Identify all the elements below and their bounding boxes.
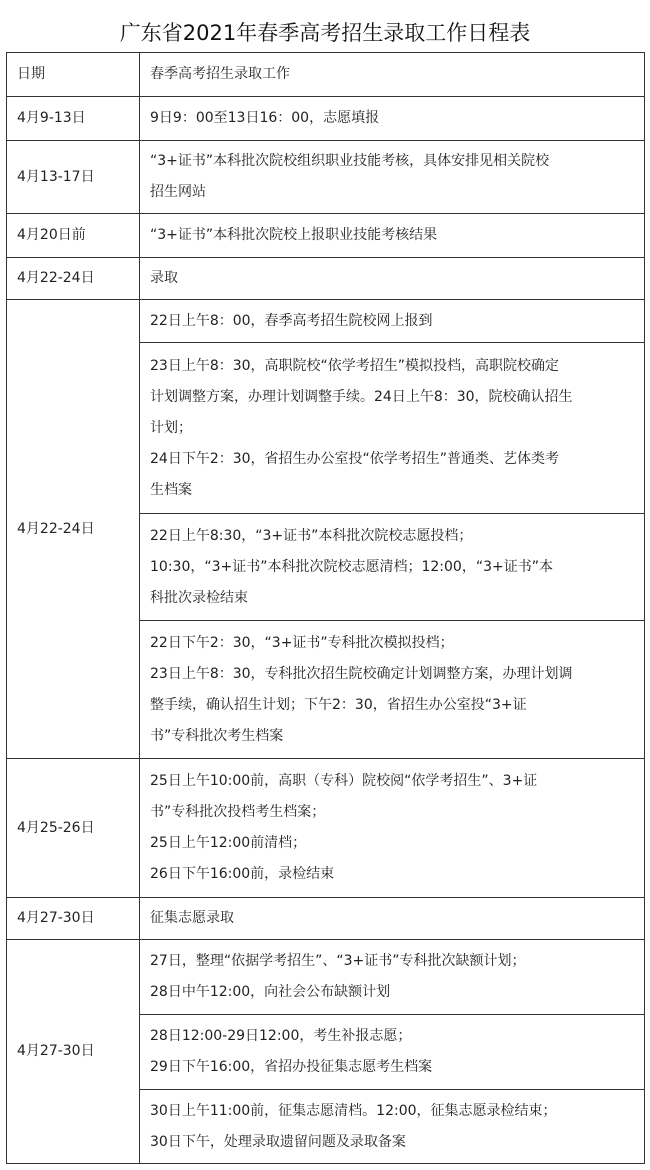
work-line: 24日下午2：30，省招生办公室投“依学考招生”普通类、艺体类考	[150, 444, 636, 475]
work-line: 23日上午8：30，专科批次招生院校确定计划调整方案，办理计划调	[150, 659, 636, 690]
work-cell: 23日上午8：30，高职院校“依学考招生”模拟投档，高职院校确定 计划调整方案，…	[140, 343, 645, 514]
table-row: 4月20日前 “3+证书”本科批次院校上报职业技能考核结果	[7, 214, 645, 258]
table-row: 4月13-17日 “3+证书”本科批次院校组织职业技能考核，具体安排见相关院校 …	[7, 141, 645, 214]
work-line: 整手续，确认招生计划；下午2：30，省招生办公室投“3+证	[150, 690, 636, 721]
work-line: 25日上午12:00前清档；	[150, 828, 636, 859]
work-line: 22日上午8:30，“3+证书”本科批次院校志愿投档；	[150, 521, 636, 552]
table-header-row: 日期 春季高考招生录取工作	[7, 53, 645, 97]
page-title: 广东省2021年春季高考招生录取工作日程表	[0, 18, 650, 48]
table-row: 4月27-30日 征集志愿录取	[7, 898, 645, 940]
work-line: 27日，整理“依据学考招生”、“3+证书”专科批次缺额计划；	[150, 946, 636, 977]
work-cell: 27日，整理“依据学考招生”、“3+证书”专科批次缺额计划； 28日中午12:0…	[140, 940, 645, 1015]
work-line: 计划；	[150, 413, 636, 444]
work-cell: 22日下午2：30，“3+证书”专科批次模拟投档； 23日上午8：30，专科批次…	[140, 621, 645, 759]
work-line: 招生网站	[150, 177, 636, 208]
work-line: 23日上午8：30，高职院校“依学考招生”模拟投档，高职院校确定	[150, 351, 636, 382]
date-cell: 4月22-24日	[7, 258, 140, 300]
work-line: 28日12:00-29日12:00，考生补报志愿；	[150, 1021, 636, 1052]
table-row: 4月22-24日 录取	[7, 258, 645, 300]
work-line: 22日下午2：30，“3+证书”专科批次模拟投档；	[150, 628, 636, 659]
work-line: 22日上午8：00，春季高考招生院校网上报到	[150, 306, 636, 337]
work-line: 征集志愿录取	[150, 903, 636, 934]
work-line: 30日下午，处理录取遗留问题及录取备案	[150, 1127, 636, 1158]
work-line: 录取	[150, 263, 636, 294]
header-date: 日期	[7, 53, 140, 97]
work-cell: 9日9：00至13日16：00，志愿填报	[140, 97, 645, 141]
table-row: 4月25-26日 25日上午10:00前，高职（专科）院校阅“依学考招生”、3+…	[7, 759, 645, 898]
work-line: 书”专科批次考生档案	[150, 721, 636, 752]
work-cell: 录取	[140, 258, 645, 300]
work-line: 29日下午16:00，省招办投征集志愿考生档案	[150, 1052, 636, 1083]
table-row: 4月27-30日 27日，整理“依据学考招生”、“3+证书”专科批次缺额计划； …	[7, 940, 645, 1015]
work-line: 28日中午12:00，向社会公布缺额计划	[150, 977, 636, 1008]
work-cell: “3+证书”本科批次院校上报职业技能考核结果	[140, 214, 645, 258]
work-line: 26日下午16:00前，录检结束	[150, 859, 636, 890]
work-line: 计划调整方案，办理计划调整手续。24日上午8：30，院校确认招生	[150, 382, 636, 413]
work-cell: 22日上午8:30，“3+证书”本科批次院校志愿投档； 10:30，“3+证书”…	[140, 514, 645, 621]
work-line: 30日上午11:00前，征集志愿清档。12:00，征集志愿录检结束；	[150, 1096, 636, 1127]
work-line: 科批次录检结束	[150, 583, 636, 614]
date-cell: 4月20日前	[7, 214, 140, 258]
work-line: “3+证书”本科批次院校组织职业技能考核，具体安排见相关院校	[150, 146, 636, 177]
schedule-table: 日期 春季高考招生录取工作 4月9-13日 9日9：00至13日16：00，志愿…	[6, 52, 645, 1164]
work-cell: 22日上午8：00，春季高考招生院校网上报到	[140, 300, 645, 343]
date-cell: 4月27-30日	[7, 898, 140, 940]
work-line: 书”专科批次投档考生档案；	[150, 797, 636, 828]
work-cell: 征集志愿录取	[140, 898, 645, 940]
work-line: 25日上午10:00前，高职（专科）院校阅“依学考招生”、3+证	[150, 766, 636, 797]
table-row: 4月9-13日 9日9：00至13日16：00，志愿填报	[7, 97, 645, 141]
work-cell: 30日上午11:00前，征集志愿清档。12:00，征集志愿录检结束； 30日下午…	[140, 1090, 645, 1164]
work-cell: “3+证书”本科批次院校组织职业技能考核，具体安排见相关院校 招生网站	[140, 141, 645, 214]
date-cell: 4月27-30日	[7, 940, 140, 1164]
date-cell: 4月22-24日	[7, 300, 140, 759]
date-cell: 4月25-26日	[7, 759, 140, 898]
work-line: 9日9：00至13日16：00，志愿填报	[150, 103, 636, 134]
work-cell: 28日12:00-29日12:00，考生补报志愿； 29日下午16:00，省招办…	[140, 1015, 645, 1090]
work-line: 10:30，“3+证书”本科批次院校志愿清档；12:00，“3+证书”本	[150, 552, 636, 583]
table-row: 4月22-24日 22日上午8：00，春季高考招生院校网上报到	[7, 300, 645, 343]
date-cell: 4月13-17日	[7, 141, 140, 214]
header-work: 春季高考招生录取工作	[140, 53, 645, 97]
work-line: 生档案	[150, 475, 636, 506]
work-cell: 25日上午10:00前，高职（专科）院校阅“依学考招生”、3+证 书”专科批次投…	[140, 759, 645, 898]
date-cell: 4月9-13日	[7, 97, 140, 141]
work-line: “3+证书”本科批次院校上报职业技能考核结果	[150, 220, 636, 251]
